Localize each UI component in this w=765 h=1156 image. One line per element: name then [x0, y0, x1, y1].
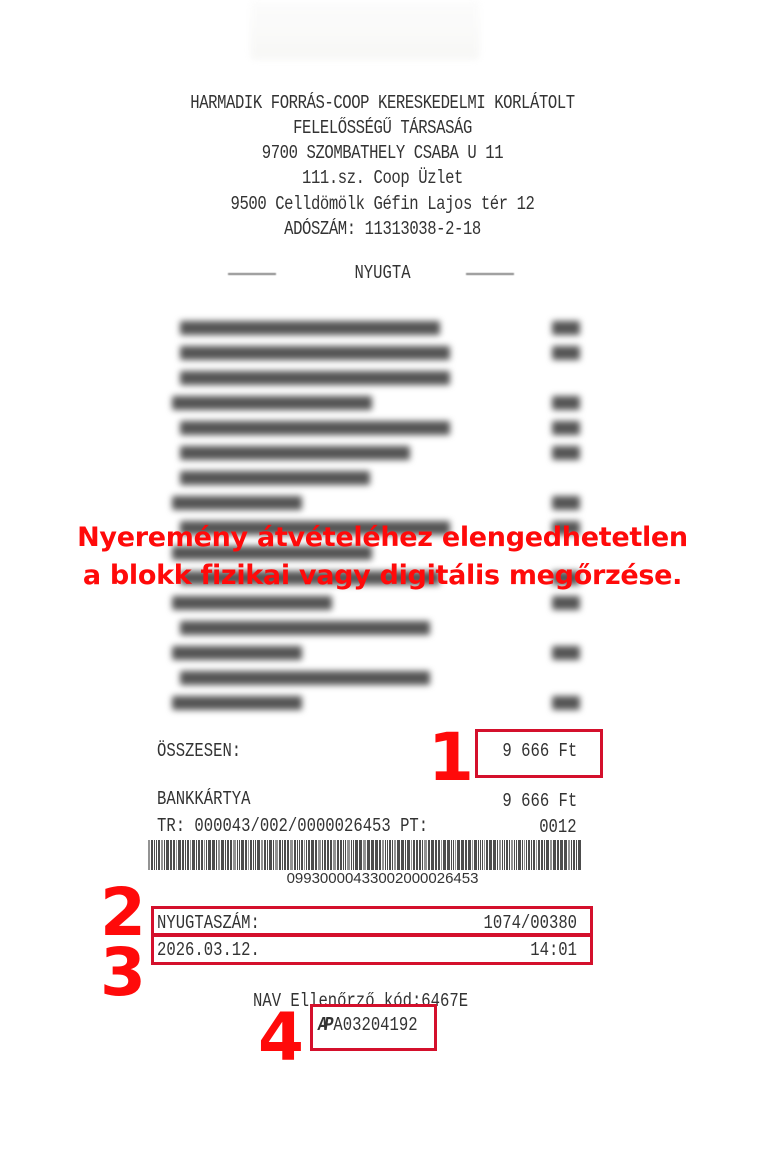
company-address: 9700 SZOMBATHELY CSABA U 11	[69, 142, 696, 164]
blurred-item-row	[160, 341, 580, 366]
store-address: 9500 Celldömölk Géfin Lajos tér 12	[69, 193, 696, 215]
highlight-receipt-number-box	[151, 906, 593, 936]
highlight-datetime-box	[151, 934, 593, 965]
marker-1: 1	[428, 725, 474, 791]
payment-value: 9 666 Ft	[502, 790, 577, 812]
blurred-item-row	[160, 391, 580, 416]
blurred-item-row	[160, 416, 580, 441]
highlight-total-box	[475, 729, 603, 778]
notice-line-1: Nyeremény átvételéhez elengedhetetlen	[0, 522, 765, 553]
highlight-ap-box	[310, 1004, 437, 1051]
notice-line-2: a blokk fizikai vagy digitális megőrzése…	[0, 560, 765, 591]
blurred-item-row	[160, 591, 580, 616]
blurred-item-row	[160, 316, 580, 341]
blurred-item-row	[160, 441, 580, 466]
marker-4: 4	[258, 1005, 304, 1071]
receipt-barcode	[148, 840, 590, 870]
blurred-item-row	[160, 616, 580, 641]
marker-3: 3	[100, 940, 146, 1006]
blurred-item-row	[160, 691, 580, 716]
blurred-item-row	[160, 366, 580, 391]
title-divider-right	[466, 273, 514, 275]
store-name: 111.sz. Coop Üzlet	[69, 167, 696, 189]
company-name-line2: FELELŐSSÉGŰ TÁRSASÁG	[69, 117, 696, 139]
total-label: ÖSSZESEN:	[157, 740, 241, 762]
payment-method-label: BANKKÁRTYA	[157, 788, 251, 810]
blurred-item-row	[160, 491, 580, 516]
tax-number: ADÓSZÁM: 11313038-2-18	[69, 218, 696, 240]
blurred-item-row	[160, 641, 580, 666]
blurred-item-row	[160, 666, 580, 691]
transaction-id: TR: 000043/002/0000026453 PT:	[157, 815, 428, 837]
receipt-title: NYUGTA	[69, 262, 696, 284]
blurred-item-list	[160, 316, 580, 716]
transaction-pt: 0012	[540, 816, 577, 838]
blurred-item-row	[160, 466, 580, 491]
company-name-line1: HARMADIK FORRÁS-COOP KERESKEDELMI KORLÁT…	[69, 92, 696, 114]
store-logo-faded	[250, 0, 480, 60]
